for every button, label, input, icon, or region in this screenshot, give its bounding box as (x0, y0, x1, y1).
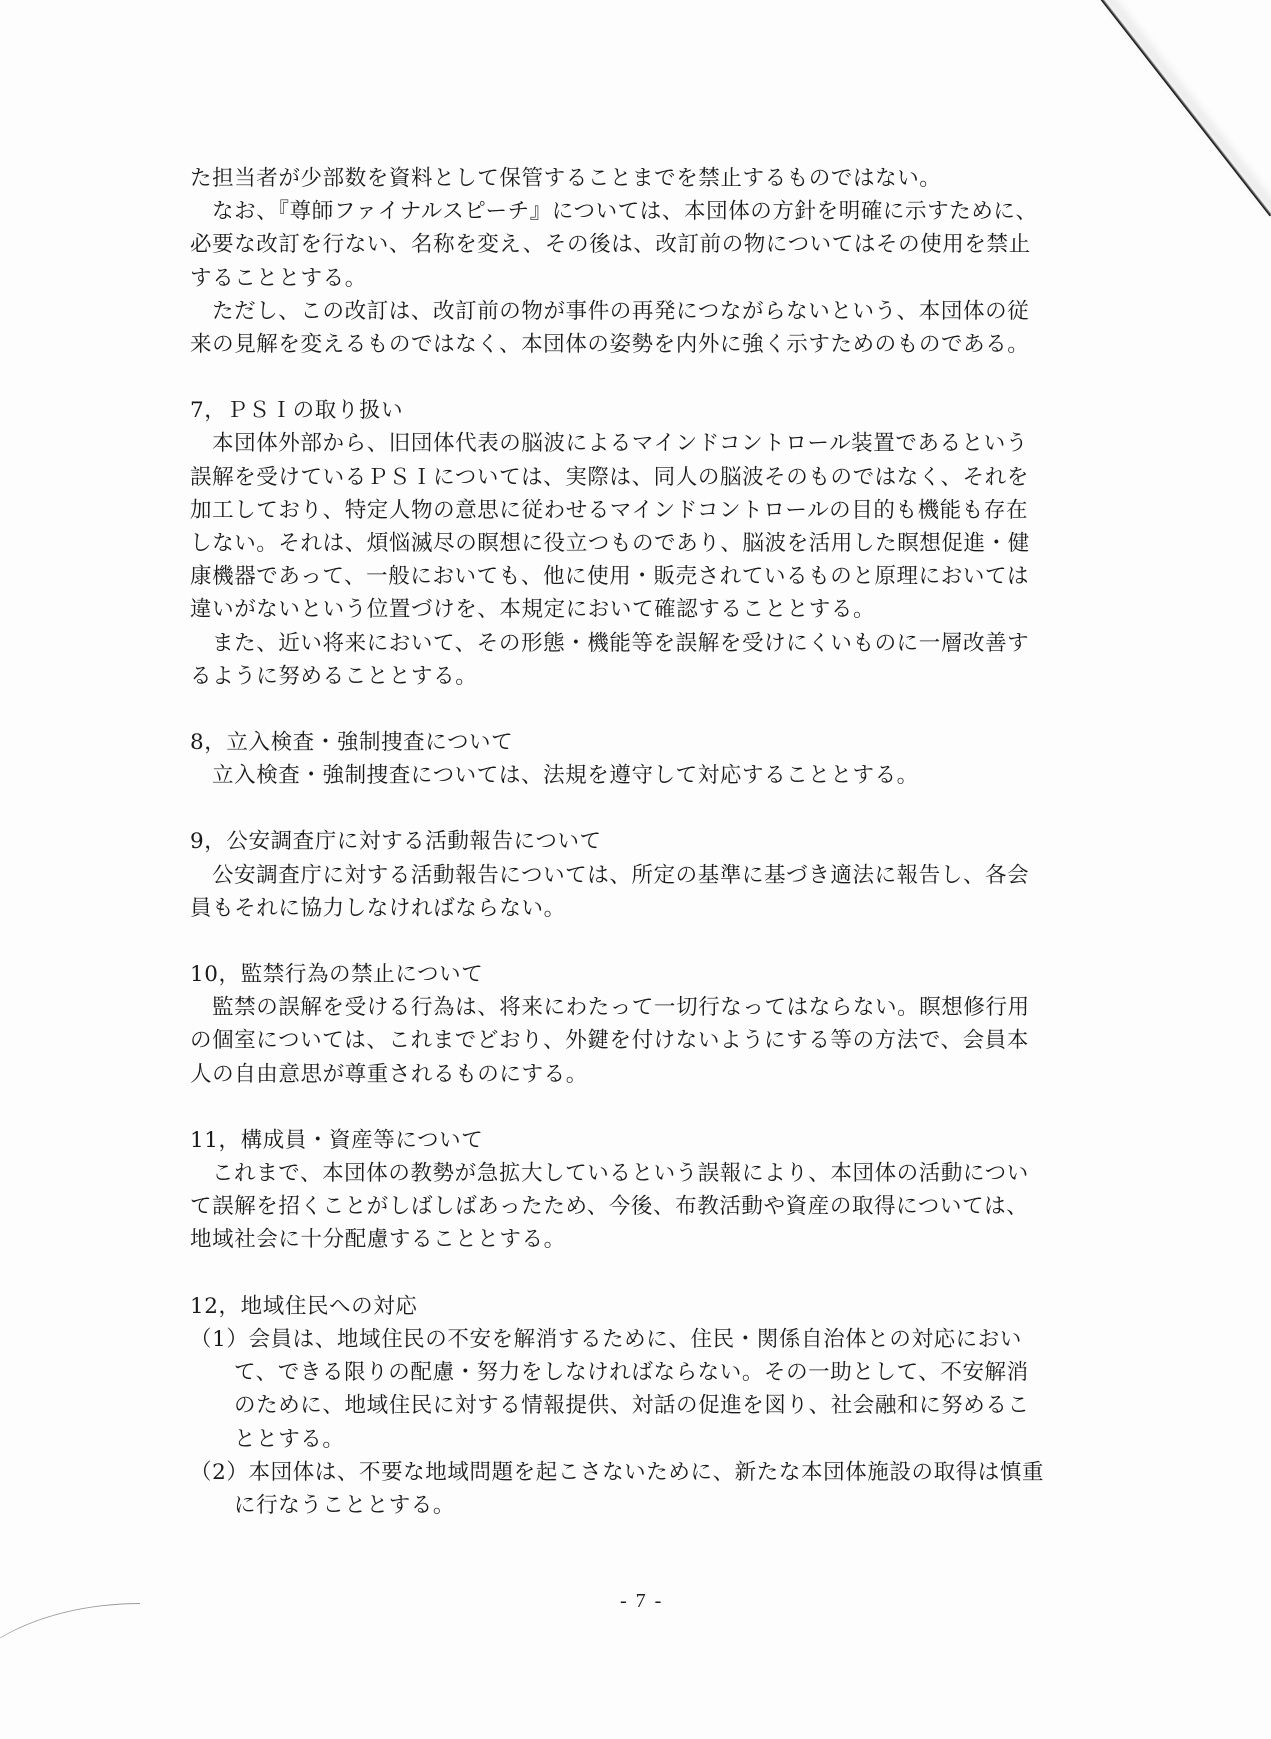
section-heading: 12，地域住民への対応 (190, 1290, 1046, 1323)
list-item: （2）本団体は、不要な地域問題を起こさないために、新たな本団体施設の取得は慎重に… (190, 1456, 1046, 1522)
section-heading: 9，公安調査庁に対する活動報告について (190, 825, 1046, 858)
section-12-local-residents: 12，地域住民への対応 （1）会員は、地域住民の不安を解消するために、住民・関係… (190, 1290, 1046, 1522)
section-heading: 8，立入検査・強制捜査について (190, 726, 1046, 759)
section-11-members-assets: 11，構成員・資産等について これまで、本団体の教勢が急拡大しているという誤報に… (190, 1124, 1046, 1257)
section-heading: 10，監禁行為の禁止について (190, 958, 1046, 991)
section-8-inspection: 8，立入検査・強制捜査について 立入検査・強制捜査については、法規を遵守して対応… (190, 726, 1046, 792)
paragraph: なお、『尊師ファイナルスピーチ』については、本団体の方針を明確に示すために、必要… (190, 195, 1046, 295)
page-fold-shadow (1085, 0, 1271, 216)
continuation-text: た担当者が少部数を資料として保管することまでを禁止するものではない。 (190, 162, 1046, 195)
paragraph: 本団体外部から、旧団体代表の脳波によるマインドコントロール装置であるという誤解を… (190, 427, 1046, 626)
document-body: た担当者が少部数を資料として保管することまでを禁止するものではない。 なお、『尊… (190, 162, 1046, 1522)
page-number: - 7 - (620, 1590, 663, 1613)
section-heading: 7，ＰＳＩの取り扱い (190, 394, 1046, 427)
paragraph: 監禁の誤解を受ける行為は、将来にわたって一切行なってはならない。瞑想修行用の個室… (190, 991, 1046, 1091)
paragraph: ただし、この改訂は、改訂前の物が事件の再発につながらないという、本団体の従来の見… (190, 295, 1046, 361)
paragraph: また、近い将来において、その形態・機能等を誤解を受けにくいものに一層改善するよう… (190, 627, 1046, 693)
paragraph: 公安調査庁に対する活動報告については、所定の基準に基づき適法に報告し、各会員もそ… (190, 859, 1046, 925)
paragraph: これまで、本団体の教勢が急拡大しているという誤報により、本団体の活動について誤解… (190, 1157, 1046, 1257)
page-corner-curl (0, 1603, 140, 1724)
section-heading: 11，構成員・資産等について (190, 1124, 1046, 1157)
paragraph: 立入検査・強制捜査については、法規を遵守して対応することとする。 (190, 759, 1046, 792)
section-10-confinement: 10，監禁行為の禁止について 監禁の誤解を受ける行為は、将来にわたって一切行なっ… (190, 958, 1046, 1091)
section-7-psi: 7，ＰＳＩの取り扱い 本団体外部から、旧団体代表の脳波によるマインドコントロール… (190, 394, 1046, 693)
section-9-activity-report: 9，公安調査庁に対する活動報告について 公安調査庁に対する活動報告については、所… (190, 825, 1046, 925)
scanned-page: た担当者が少部数を資料として保管することまでを禁止するものではない。 なお、『尊… (0, 0, 1271, 1739)
list-item: （1）会員は、地域住民の不安を解消するために、住民・関係自治体との対応において、… (190, 1323, 1046, 1456)
